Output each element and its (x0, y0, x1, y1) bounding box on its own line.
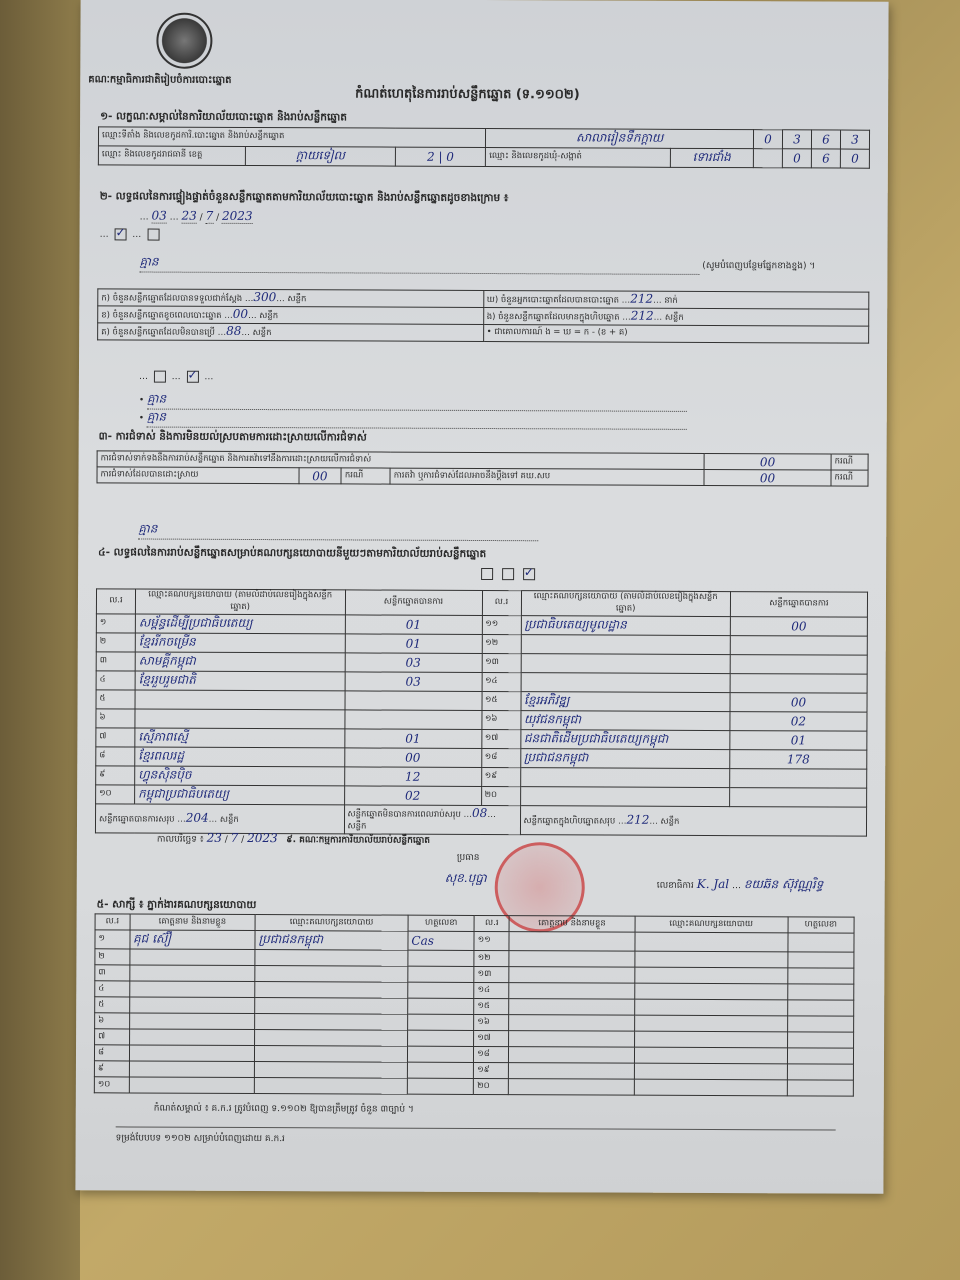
witness-no: ៩ (94, 1061, 129, 1077)
party-no: ១ (96, 614, 135, 633)
party-party: ជនជាតិដើមប្រជាធិបតេយ្យកម្ពុជា (520, 730, 730, 750)
witness-party: ប្រជាជនកម្ពុជា (255, 931, 408, 951)
party-votes: 03 (345, 672, 482, 692)
witness-name (129, 997, 255, 1014)
commune-code-digit: 0 (840, 149, 869, 168)
discrepancy-line: … … … (139, 371, 214, 383)
section1-heading: ១- លក្ខណៈសម្គាល់នៃការិយាល័យបោះឆ្នោត និងរ… (100, 110, 347, 126)
witness-col-header: ល.រ (474, 915, 509, 931)
witness-sign (788, 933, 855, 952)
witness-sign (408, 950, 474, 966)
witness-party (635, 967, 788, 984)
form-title: កំណត់ហេតុនៃការរាប់សន្លឹកឆ្នោត (ទ.១១០២) (355, 85, 580, 105)
secretary-line: លេខាធិការ K. Jal … ខយឆ៊ន ស៊ុវណ្ណរិទ្ធ (657, 876, 824, 895)
form-footer: ទម្រង់បែបបទ ១១០២ សម្រាប់បំពេញដោយ គ.ក.រ (116, 1132, 285, 1146)
witness-sign (407, 1046, 473, 1062)
witness-party (634, 999, 787, 1016)
party-no: ១៣ (482, 653, 521, 672)
table-row: ១០២០ (94, 1077, 853, 1096)
box-total: សន្លឹកឆ្នោតក្នុងហិបឆ្នោតសរុប …212… សន្លឹ… (520, 806, 867, 837)
witness-party (254, 1078, 407, 1095)
location-code-digit: 0 (753, 130, 782, 149)
party-party (521, 654, 731, 674)
party-votes (730, 674, 867, 694)
three-sheet-checkbox[interactable] (523, 568, 535, 580)
party-party: ខ្មែរអភិវឌ្ឍ (521, 692, 731, 712)
party-no: ៤ (96, 671, 135, 690)
appeal-label: ការតវ៉ា ឬការជំទាស់ដែលអាចនឹងប្ដឹងទៅ គឃ.សប (390, 468, 704, 485)
witness-name (509, 1031, 635, 1048)
province-label: ឈ្មោះ និងលេខកូដរាជធានី ខេត្ត (98, 146, 245, 166)
party-no: ១៦ (481, 710, 520, 729)
unused-row: គ) ចំនួនសន្លឹកឆ្នោតដែលមិនបានប្រើ …88… សន… (98, 323, 484, 342)
party-party (135, 690, 345, 710)
witness-no: ២០ (474, 1078, 509, 1094)
witness-sign (407, 1078, 473, 1094)
witness-name (509, 1047, 635, 1064)
witness-sign (407, 1062, 473, 1078)
seal-broken-checkbox[interactable] (147, 229, 159, 241)
party-no: ១៩ (481, 767, 520, 786)
witness-col-header: គោត្តនាម និងនាមខ្លួន (130, 914, 256, 931)
witness-party (254, 1062, 407, 1079)
witness-party (255, 950, 408, 967)
witness-sign (408, 982, 474, 998)
party-no: ២ (96, 633, 135, 652)
party-votes (344, 710, 481, 730)
witness-col-header: ហត្ថលេខា (788, 917, 855, 933)
witness-sign (787, 1080, 854, 1096)
chair-label: ប្រធាន (457, 852, 480, 865)
party-votes: 03 (345, 653, 482, 673)
commune-label: ឈ្មោះ និងលេខកូដឃុំ-សង្កាត់ (486, 148, 670, 168)
section2-heading: ២- លទ្ធផលនៃការផ្ទៀងផ្ទាត់ចំនួនសន្លឹកឆ្នោ… (100, 190, 509, 207)
invalid-total: សន្លឹកឆ្នោតមិនបានការពេលរាប់សរុប …08… សន្… (344, 805, 520, 835)
witness-no: ៣ (95, 965, 130, 981)
party-no: ១៨ (481, 748, 520, 767)
party-party: សាមគ្គីកម្ពុជា (135, 652, 345, 672)
witness-party (634, 1079, 787, 1096)
witness-sign: Cas (408, 931, 474, 950)
location-code-digit: 3 (840, 130, 869, 149)
party-votes (730, 788, 867, 808)
party-votes (730, 769, 867, 789)
witness-party (255, 966, 408, 983)
commune-code-digit: 6 (811, 149, 840, 168)
witness-sign (787, 1032, 854, 1048)
witness-name (129, 1013, 255, 1030)
time-value: 03 (151, 209, 166, 224)
party-votes (730, 655, 867, 675)
location-value: សាលារៀនទឹកក្ដាយ (486, 129, 754, 149)
resolved-label: ការជំទាស់ដែលបានដោះស្រាយ (97, 467, 299, 484)
voters-row: ឃ) ចំនួនអ្នកបោះឆ្នោតដែលបានបោះឆ្នោត …212…… (483, 291, 869, 310)
witness-no: ១ (95, 930, 130, 949)
witness-sign (408, 966, 474, 982)
party-votes: 02 (730, 712, 867, 732)
witness-party (634, 1063, 787, 1080)
party-party: ស្មើភាពស្មើ (135, 728, 345, 748)
witness-no: ១២ (474, 950, 509, 966)
party-votes: 00 (730, 617, 867, 637)
witness-sign (787, 1048, 854, 1064)
witness-sign (407, 1030, 473, 1046)
witness-col-header: ឈ្មោះគណបក្សនយោបាយ (255, 915, 408, 932)
org-name: គណៈកម្មាធិការជាតិរៀបចំការបោះឆ្នោត (88, 72, 231, 88)
appeal-value: 00 (704, 469, 831, 486)
witness-no: ១៨ (474, 1046, 509, 1062)
party-no: ១៧ (481, 729, 520, 748)
objection-value: 00 (704, 453, 831, 470)
witness-no: ១៩ (474, 1062, 509, 1078)
election-result-form: គណៈកម្មាធិការជាតិរៀបចំការបោះឆ្នោត កំណត់ហ… (75, 0, 888, 1194)
witness-no: ១៥ (474, 998, 509, 1014)
party-no: ៣ (96, 652, 135, 671)
count-time-line: … 03 … 23 / 7 / 2023 (140, 209, 253, 224)
party-votes: 01 (730, 731, 867, 751)
party-no: ១០ (96, 785, 135, 804)
witness-col-header: គោត្តនាម និងនាមខ្លួន (509, 916, 635, 933)
witness-name (509, 932, 635, 952)
location-label: ឈ្មោះទីតាំង និងលេខកូដការិ.បោះឆ្នោត និងរា… (98, 127, 485, 148)
witness-name (509, 1015, 635, 1032)
witness-name: គុជ ស៊ឿ (130, 930, 256, 950)
witness-col-header: ល.រ (95, 914, 130, 930)
table-row: ១សម្ព័ន្ធដើម្បីប្រជាធិបតេយ្យ01១១ប្រជាធិប… (96, 614, 867, 636)
party-votes: 178 (730, 750, 867, 770)
party-no: ៩ (96, 766, 135, 785)
party-no: ១២ (482, 634, 521, 653)
party-votes: 01 (345, 615, 482, 635)
witness-name (129, 1029, 255, 1046)
party-party: ខ្មែរពលរដ្ឋ (135, 747, 345, 767)
party-party (135, 709, 345, 729)
witness-name (509, 951, 635, 968)
witness-sign (787, 968, 854, 984)
party-party (520, 787, 730, 807)
divider (116, 1126, 836, 1130)
section1-table: ឈ្មោះទីតាំង និងលេខកូដការិ.បោះឆ្នោត និងរា… (98, 126, 870, 168)
witness-no: ១៤ (474, 982, 509, 998)
two-sheet-checkbox[interactable] (502, 568, 514, 580)
section3-note: គ្មាន (138, 520, 538, 541)
witness-name (509, 1079, 635, 1096)
party-party: យុវជនកម្ពុជា (520, 711, 730, 731)
witness-sign (787, 952, 854, 968)
ballot-count-table: ក) ចំនួនសន្លឹកឆ្នោតដែលបានទទួលជាក់ស្ដែង …… (97, 288, 869, 343)
party-no: ១១ (482, 615, 521, 634)
witness-name (509, 999, 635, 1016)
seal-check-line: … … (100, 228, 163, 240)
party-party: ប្រជាជនកម្ពុជា (520, 749, 730, 769)
witness-sign (787, 1016, 854, 1032)
witness-party (255, 982, 408, 999)
location-code-digit: 3 (782, 130, 811, 149)
party-votes: 02 (344, 786, 481, 806)
location-code-digit: 6 (811, 130, 840, 149)
witness-no: ២ (95, 949, 130, 965)
party-party: ហ្វុនស៊ិនប៉ិច (135, 766, 345, 786)
witness-no: ៥ (95, 997, 130, 1013)
seal-intact-checkbox[interactable] (114, 228, 126, 240)
party-party: សម្ព័ន្ធដើម្បីប្រជាធិបតេយ្យ (135, 614, 345, 634)
party-votes (345, 691, 482, 711)
discrepancy-yes-checkbox[interactable] (154, 371, 166, 383)
witness-no: ៦ (95, 1013, 130, 1029)
witness-no: ៤ (95, 981, 130, 997)
province-code: 2 | 0 (395, 147, 486, 166)
table-row: ១០កម្ពុជាប្រជាធិបតេយ្យ02២០ (96, 785, 867, 807)
party-votes: 00 (344, 748, 481, 768)
witness-sign (787, 984, 854, 1000)
party-votes: 01 (345, 634, 482, 654)
party-no: ៧ (96, 728, 135, 747)
witness-name (129, 981, 255, 998)
witness-no: ១៦ (474, 1014, 509, 1030)
party-party: ខ្មែររីកចម្រើន (135, 633, 345, 653)
witness-sign (787, 1064, 854, 1080)
witness-sign (787, 1000, 854, 1016)
party-party (521, 635, 731, 655)
discrepancy-no-checkbox[interactable] (187, 371, 199, 383)
party-party: ខ្មែររួបរួមជាតិ (135, 671, 345, 691)
one-sheet-checkbox[interactable] (481, 568, 493, 580)
party-no: ២០ (481, 786, 520, 805)
section3-heading: ៣- ការជំទាស់ និងការមិនយល់ស្របតាមការដោះស្… (99, 430, 367, 446)
objection-table: ការជំទាស់ទាក់ទងនឹងការរាប់សន្លឹកឆ្នោត និង… (96, 450, 868, 486)
witness-party (255, 1046, 408, 1063)
witness-party (255, 998, 408, 1015)
witness-name (129, 1045, 255, 1062)
witness-name (509, 1063, 635, 1080)
party-votes-table: ល.រឈ្មោះគណបក្សនយោបាយ (តាមលំដាប់លេខរៀងក្ន… (95, 588, 868, 836)
chair-signature: សុខ.បុប្ផា (445, 870, 487, 888)
section5-heading: ៥- សាក្សី ៖ ភ្នាក់ងារគណបក្សនយោបាយ (97, 898, 257, 914)
witness-name (509, 967, 635, 984)
witness-party (255, 1014, 408, 1031)
witness-no: ១១ (474, 931, 509, 950)
party-party: កម្ពុជាប្រជាធិបតេយ្យ (135, 785, 345, 805)
witness-party (635, 932, 788, 952)
witness-name (129, 949, 255, 966)
party-no: ៥ (96, 690, 135, 709)
section4-heading: ៤- លទ្ធផលនៃការរាប់សន្លឹកឆ្នោតសម្រាប់គណបក… (98, 546, 486, 563)
witness-no: ១០ (94, 1077, 129, 1093)
date-line: កាលបរិច្ឆេទ ៖ 23 / 7 / 2023 ៩. គណៈកម្មកា… (157, 831, 430, 848)
spoiled-row: ខ) ចំនួនសន្លឹកឆ្នោតខូចពេលបោះឆ្នោត …00… ស… (98, 306, 484, 325)
nec-logo-icon (156, 13, 212, 69)
sheet-count-line (478, 568, 538, 580)
commune-code-digit: 0 (782, 149, 811, 168)
commune-value: ទោរជាំង (670, 148, 753, 167)
witness-name (129, 1061, 255, 1078)
witness-party (634, 1047, 787, 1064)
witness-name (129, 1077, 255, 1094)
witness-party (634, 1015, 787, 1032)
wall-background (0, 0, 80, 1280)
party-party (521, 673, 731, 693)
year-value: 2023 (222, 209, 253, 224)
note-line: គ្មាន (សូមបំពេញបន្ថែមផ្នែកខាងខ្នង) ។ (139, 254, 859, 276)
resolved-value: 00 (299, 468, 342, 484)
witness-no: ៧ (95, 1029, 130, 1045)
party-no: ១៥ (482, 691, 521, 710)
witness-no: ៨ (94, 1045, 129, 1061)
formula-row: • ជាគោលការណ៍ ង = ឃ = ក - (ខ + គ) (483, 325, 869, 344)
party-no: ៦ (96, 709, 135, 728)
province-value: ក្ដាយទៀល (245, 146, 395, 166)
witness-sign (408, 1014, 474, 1030)
month-value: 7 (206, 209, 214, 224)
day-value: 23 (182, 209, 197, 224)
note-value: គ្មាន (139, 255, 158, 269)
party-party: ប្រជាធិបតេយ្យមូលដ្ឋាន (521, 616, 731, 636)
footnote: កំណត់សម្គាល់ ៖ គ.ក.រ ត្រូវបំពេញ ទ.១១០២ ឱ… (154, 1103, 414, 1117)
note3-line: • គ្មាន (139, 409, 687, 430)
witness-party (634, 983, 787, 1000)
party-no: ៨ (96, 747, 135, 766)
witness-party (634, 1031, 787, 1048)
witness-col-header: ហត្ថលេខា (408, 915, 474, 931)
valid-total: សន្លឹកឆ្នោតបានការសរុប …204… សន្លឹក (95, 804, 344, 834)
party-no: ១៤ (482, 672, 521, 691)
received-row: ក) ចំនួនសន្លឹកឆ្នោតដែលបានទទួលជាក់ស្ដែង …… (98, 289, 484, 308)
party-party (520, 768, 730, 788)
party-votes: 00 (730, 693, 867, 713)
witness-name (509, 983, 635, 1000)
witness-party (255, 1030, 408, 1047)
witness-party (635, 951, 788, 968)
witness-name (129, 965, 255, 982)
witness-sign (408, 998, 474, 1014)
witness-table: ល.រគោត្តនាម និងនាមខ្លួនឈ្មោះគណបក្សនយោបាយ… (94, 913, 855, 1096)
party-votes: 12 (344, 767, 481, 787)
party-votes (730, 636, 867, 656)
witness-col-header: ឈ្មោះគណបក្សនយោបាយ (635, 916, 788, 933)
witness-no: ១៣ (474, 966, 509, 982)
witness-no: ១៧ (474, 1030, 509, 1046)
in-box-row: ង) ចំនួនសន្លឹកឆ្នោតដែលមានក្នុងហិបឆ្នោត …… (483, 308, 869, 327)
party-votes: 01 (344, 729, 481, 749)
